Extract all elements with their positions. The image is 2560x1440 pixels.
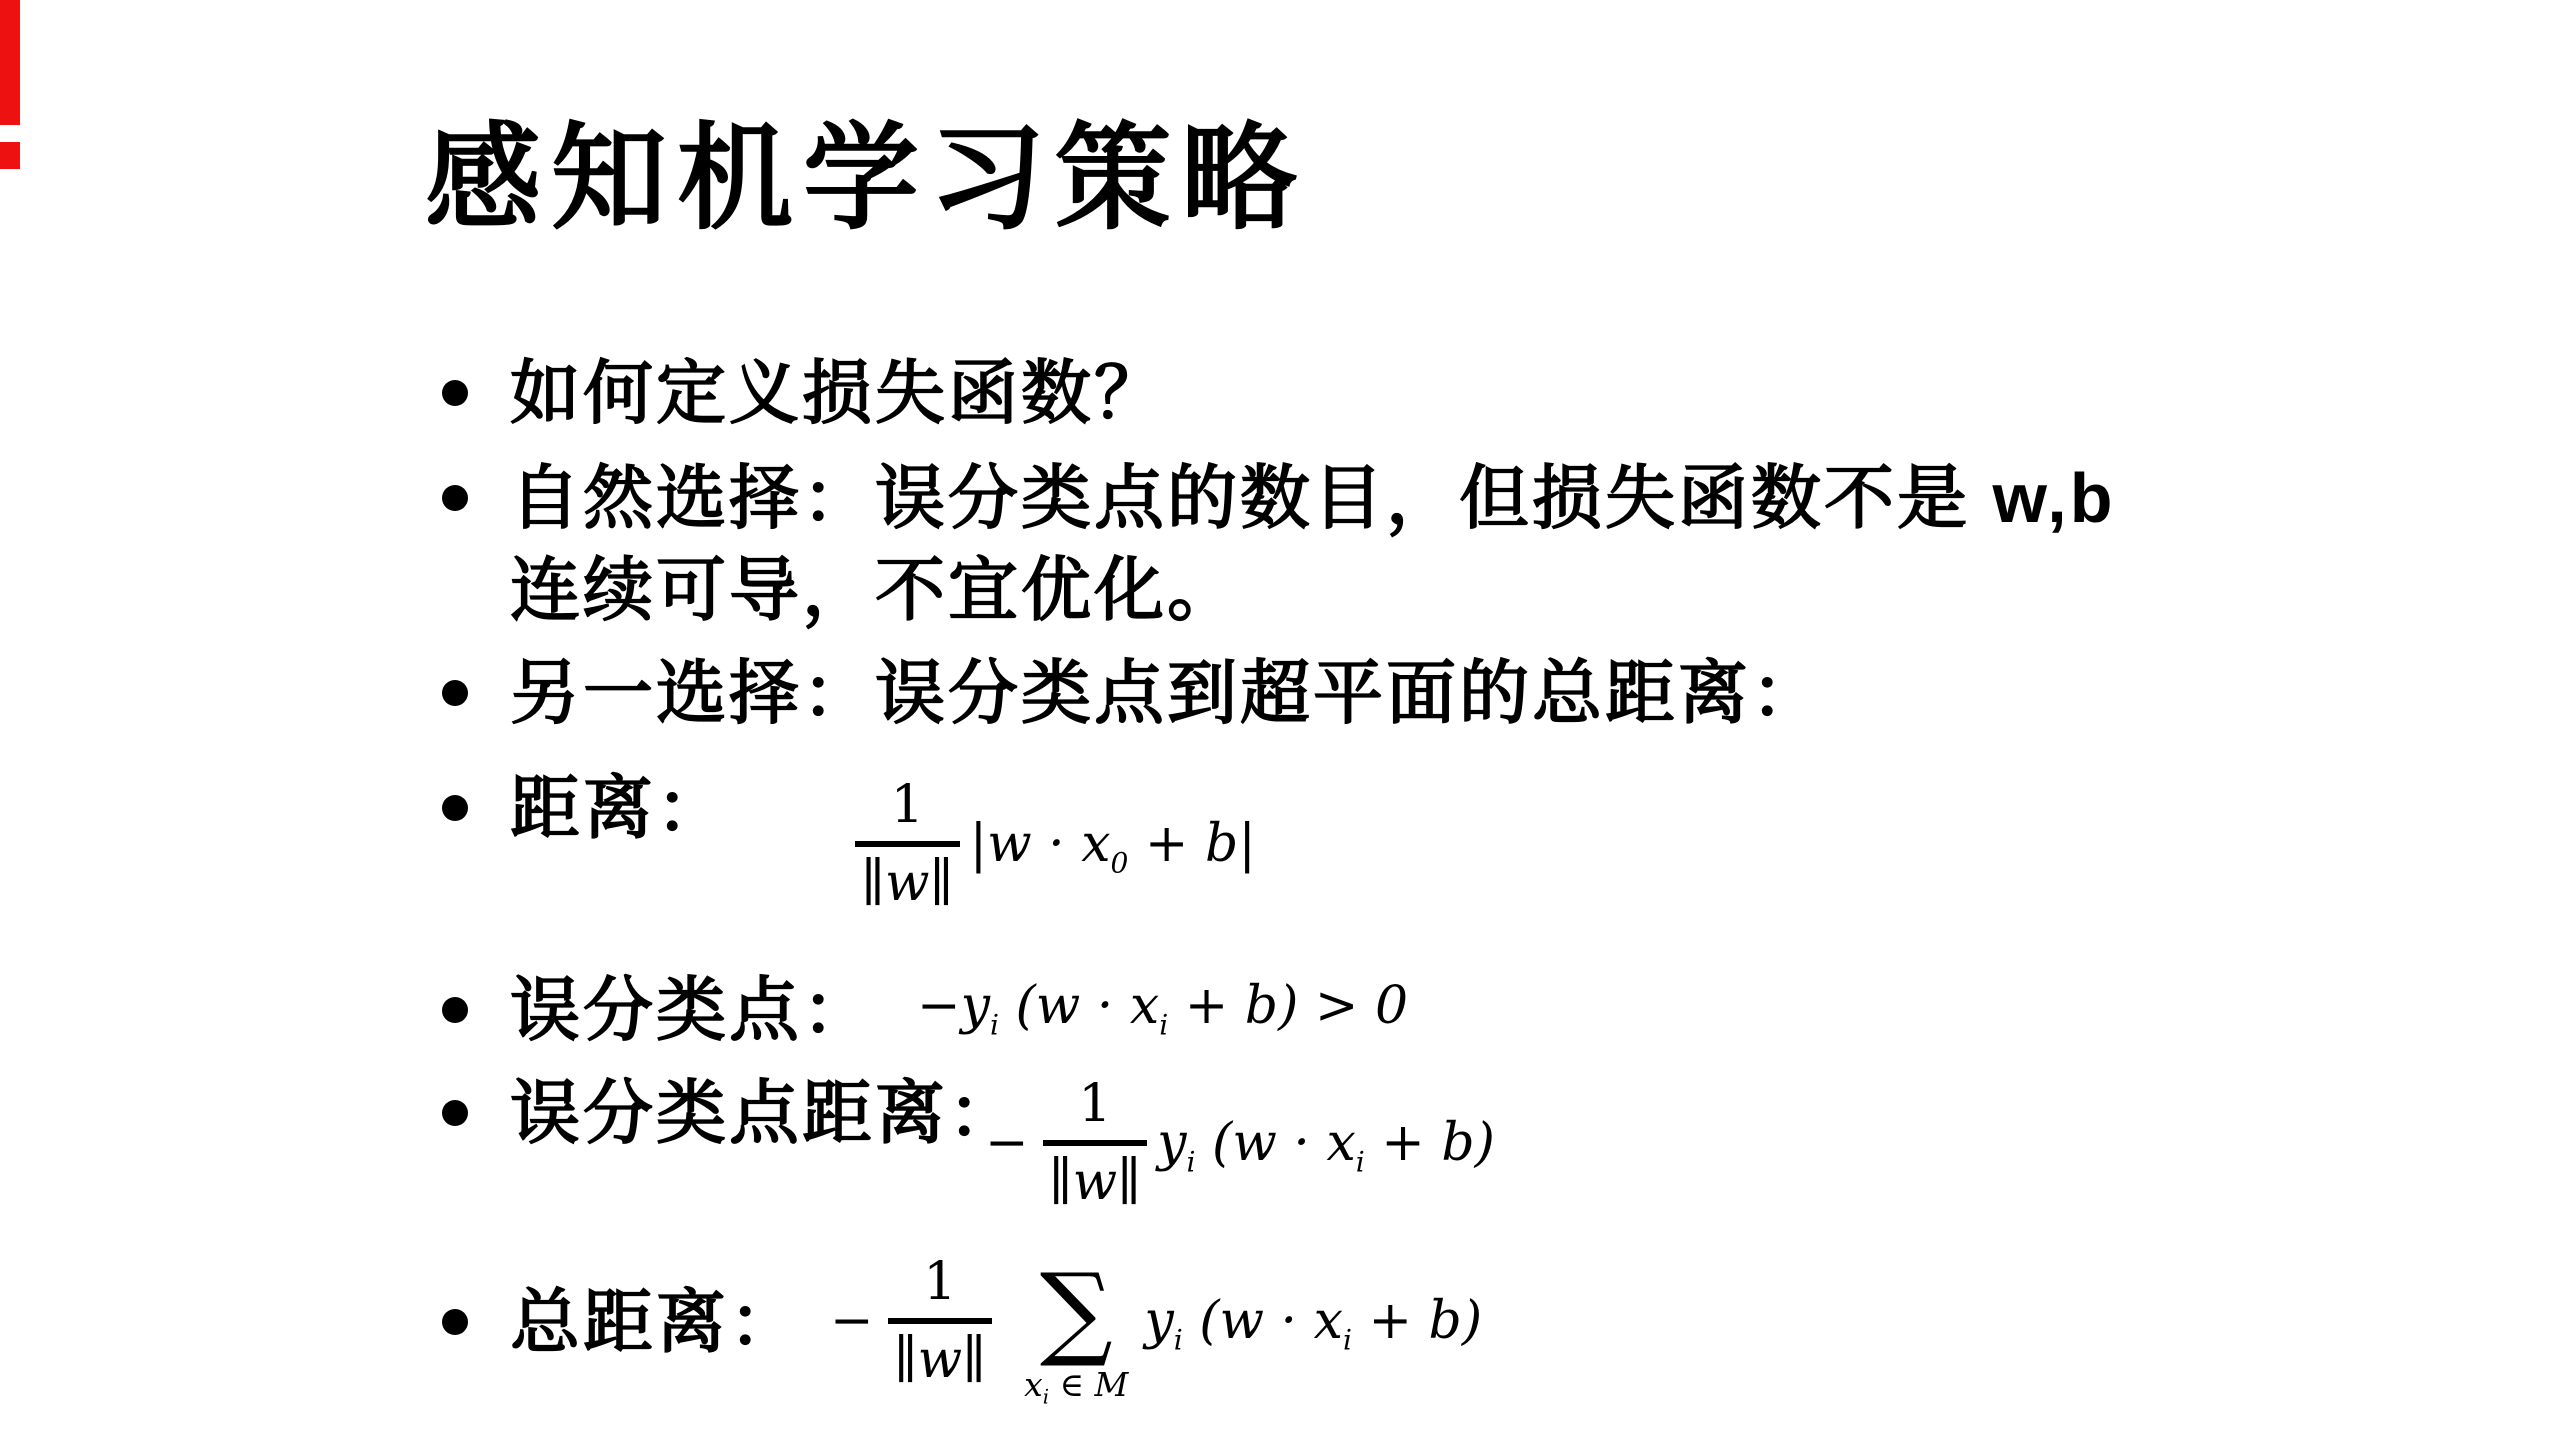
formula-total-distance: − 1 ∥w∥ ∑ xi ∈ M yi (w · xi + b) (830, 1255, 1482, 1387)
bullet-item-misclassified-point: 误分类点： (442, 964, 875, 1056)
bullet-text: 误分类点距离： (510, 1067, 1021, 1159)
summation-subscript: xi ∈ M (1024, 1368, 1128, 1401)
fraction: 1 ∥w∥ (888, 1256, 993, 1386)
bullet-dot-icon (442, 380, 468, 406)
fraction-denominator: ∥w∥ (1043, 1140, 1148, 1208)
bullet-dot-icon (442, 795, 468, 821)
bullet-item-total-distance: 总距离： (442, 1276, 802, 1368)
bullet-text: 自然选择：误分类点的数目，但损失函数不是 w,b连续可导，不宜优化。 (510, 452, 2116, 636)
formula-misclassified-distance: − 1 ∥w∥ yi (w · xi + b) (985, 1078, 1495, 1208)
bullet-item-alternative-choice: 另一选择：误分类点到超平面的总距离： (442, 647, 1824, 739)
formula-body: yi (w · xi + b) (1144, 1295, 1482, 1347)
bullet-dot-icon (442, 1309, 468, 1335)
fraction-numerator: 1 (887, 779, 928, 841)
summation: ∑ xi ∈ M (1024, 1269, 1128, 1401)
left-edge-red-mark-top (0, 0, 20, 125)
bullet-text: 另一选择：误分类点到超平面的总距离： (510, 647, 1824, 739)
bullet-dot-icon (442, 997, 468, 1023)
bullet-item-natural-choice: 自然选择：误分类点的数目，但损失函数不是 w,b连续可导，不宜优化。 (442, 452, 2116, 636)
bullet-text: 距离： (510, 762, 729, 854)
bullet-dot-icon (442, 1100, 468, 1126)
bullet-text: 如何定义损失函数？ (510, 347, 1167, 439)
bullet-dot-icon (442, 485, 468, 511)
minus-sign: − (830, 1295, 874, 1347)
slide-title: 感知机学习策略 (425, 120, 1307, 236)
bullet-text-line2: 连续可导，不宜优化。 (510, 551, 1240, 629)
left-edge-red-mark-bottom (0, 142, 20, 169)
bullet-dot-icon (442, 680, 468, 706)
fraction-denominator: ∥w∥ (888, 1318, 993, 1386)
fraction-denominator: ∥w∥ (855, 841, 960, 909)
bullet-text: 总距离： (510, 1276, 802, 1368)
fraction: 1 ∥w∥ (855, 779, 960, 909)
formula-body: |w · x0 + b| (970, 818, 1256, 870)
formula-body: yi (w · xi + b) (1157, 1117, 1495, 1169)
formula-misclassified-condition: −yi (w · xi + b) > 0 (917, 980, 1408, 1032)
formula-distance: 1 ∥w∥ |w · x0 + b| (845, 779, 1256, 909)
bullet-item-distance: 距离： (442, 762, 729, 854)
fraction: 1 ∥w∥ (1043, 1078, 1148, 1208)
formula-body: −yi (w · xi + b) > 0 (917, 980, 1408, 1032)
bullet-text: 误分类点： (510, 964, 875, 1056)
summation-symbol: ∑ (1040, 1269, 1113, 1356)
minus-sign: − (985, 1117, 1029, 1169)
slide-canvas: 感知机学习策略 如何定义损失函数？ 自然选择：误分类点的数目，但损失函数不是 w… (0, 0, 2560, 1440)
bullet-item-how-to-define-loss: 如何定义损失函数？ (442, 347, 1167, 439)
fraction-numerator: 1 (919, 1256, 960, 1318)
fraction-numerator: 1 (1074, 1078, 1115, 1140)
bullet-item-misclassified-distance: 误分类点距离： (442, 1067, 1021, 1159)
bullet-text-line1: 自然选择：误分类点的数目，但损失函数不是 w,b (510, 459, 2116, 537)
